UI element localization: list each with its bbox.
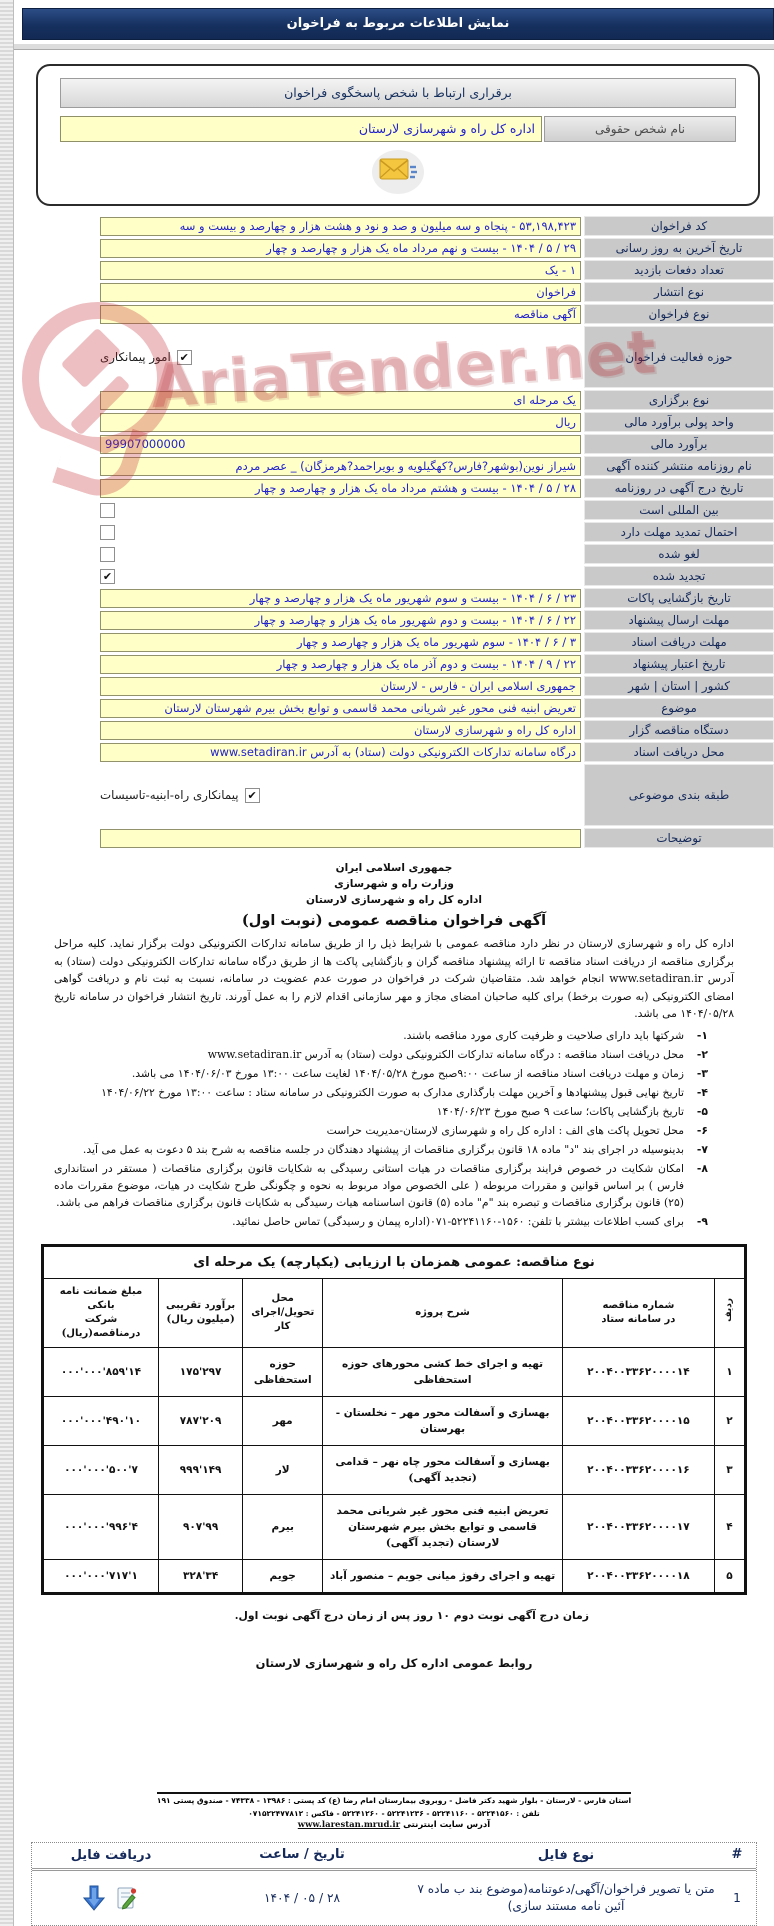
tender-estimate: ۳۴'۳۲۸ bbox=[158, 1559, 242, 1593]
doc-heading-ministry: وزارت راه و شهرسازی bbox=[14, 876, 774, 892]
doc-list-item: ۳-زمان و مهلت دریافت اسناد مناقصه از ساع… bbox=[54, 1065, 708, 1082]
row-value-field: ۲۳ / ۶ / ۱۴۰۴ - بیست و سوم شهریور ماه یک… bbox=[100, 589, 581, 608]
row-content: یک مرحله ای bbox=[14, 390, 581, 410]
tender-desc: بهسازی و آسفالت محور چاه نهر – قدامی (تج… bbox=[323, 1445, 563, 1494]
doc-item-number: ۵- bbox=[684, 1103, 708, 1120]
attachments-table: # نوع فایل تاریخ / ساعت دریافت فایل 1 مت… bbox=[31, 1842, 757, 1926]
row-label: تعداد دفعات بازدید bbox=[584, 260, 774, 280]
info-row: محل دریافت اسناددرگاه سامانه تدارکات الک… bbox=[14, 742, 774, 762]
row-label: تاریخ آخرین به روز رسانی bbox=[584, 238, 774, 258]
page: نمایش اطلاعات مربوط به فراخوان برقراری ا… bbox=[14, 8, 774, 1926]
tender-id: ۲۰۰۴۰۰۳۳۶۲۰۰۰۰۱۵ bbox=[563, 1396, 715, 1445]
info-row: تجدید شده bbox=[14, 566, 774, 586]
doc-heading-office: اداره کل راه و شهرسازی لارستان bbox=[14, 892, 774, 908]
tender-col-header: مبلغ ضمانت نامه بانکی شرکت درمناقصه(ریال… bbox=[43, 1278, 159, 1347]
tender-desc: تهیه و اجرای رفوژ میانی جویم – منصور آبا… bbox=[323, 1559, 563, 1593]
doc-heading-country: جمهوری اسلامی ایران bbox=[14, 860, 774, 876]
tender-table-title: نوع مناقصه: عمومی همزمان با ارزیابی (یکپ… bbox=[43, 1245, 746, 1278]
tender-id: ۲۰۰۴۰۰۳۳۶۲۰۰۰۰۱۸ bbox=[563, 1559, 715, 1593]
doc-item-text: شرکتها باید دارای صلاحیت و ظرفیت کاری مو… bbox=[403, 1027, 684, 1044]
row-value-field: ۳ / ۶ / ۱۴۰۴ - سوم شهریور ماه یک هزار و … bbox=[100, 633, 581, 652]
row-label: واحد پولی برآورد مالی bbox=[584, 412, 774, 432]
row-value-field: درگاه سامانه تدارکات الکترونیکی دولت (ست… bbox=[100, 743, 581, 762]
doc-item-text: امکان شکایت در خصوص فرایند برگزاری مناقص… bbox=[54, 1160, 684, 1211]
legal-name-label: نام شخص حقوقی bbox=[544, 116, 736, 142]
doc-list-item: ۹-برای کسب اطلاعات بیشتر با تلفن: ۱۵۶۰-۵… bbox=[54, 1213, 708, 1230]
row-value-field: شیراز نوین(بوشهر?فارس?کهگیلویه و بویراحم… bbox=[100, 457, 581, 476]
row-content: درگاه سامانه تدارکات الکترونیکی دولت (ست… bbox=[14, 742, 581, 762]
doc-item-text: بدینوسیله در اجرای بند "د" ماده ۱۸ قانون… bbox=[83, 1141, 684, 1158]
row-label: مهلت دریافت اسناد bbox=[584, 632, 774, 652]
doc-list-item: ۲-محل دریافت اسناد مناقصه : درگاه سامانه… bbox=[54, 1046, 708, 1063]
row-content: شیراز نوین(بوشهر?فارس?کهگیلویه و بویراحم… bbox=[14, 456, 581, 476]
tender-guarantee: ۱'۷۱۷'۰۰۰'۰۰۰ bbox=[43, 1559, 159, 1593]
row-content: پیمانکاری راه-ابنیه-تاسیسات bbox=[14, 764, 581, 826]
tender-place: بیرم bbox=[243, 1494, 323, 1559]
row-value-field: فراخوان bbox=[100, 283, 581, 302]
row-content: 99907000000 bbox=[14, 434, 581, 454]
row-label: کشور | استان | شهر bbox=[584, 676, 774, 696]
tender-place: لار bbox=[243, 1445, 323, 1494]
tender-id: ۲۰۰۴۰۰۳۳۶۲۰۰۰۰۱۴ bbox=[563, 1347, 715, 1396]
legal-name-value: اداره کل راه و شهرسازی لارستان bbox=[60, 116, 542, 142]
tender-estimate: ۱۴۹'۹۹۹ bbox=[158, 1445, 242, 1494]
row-label: نام روزنامه منتشر کننده آگهی bbox=[584, 456, 774, 476]
doc-list-item: ۵-تاریخ بازگشایی پاکات؛ ساعت ۹ صبح مورخ … bbox=[54, 1103, 708, 1120]
doc-item-number: ۶- bbox=[684, 1122, 708, 1139]
row-content: فراخوان bbox=[14, 282, 581, 302]
row-label: نوع انتشار bbox=[584, 282, 774, 302]
attachment-filetype: متن یا تصویر فراخوان/آگهی/دعوتنامه(موضوع… bbox=[414, 1879, 718, 1917]
attachment-index: 1 bbox=[718, 1889, 756, 1907]
info-row: کد فراخوان۵۳,۱۹۸,۴۲۳ - پنجاه و سه میلیون… bbox=[14, 216, 774, 236]
info-row: تاریخ درج آگهی در روزنامه۲۸ / ۵ / ۱۴۰۴ -… bbox=[14, 478, 774, 498]
row-content: ریال bbox=[14, 412, 581, 432]
row-content: ۲۲ / ۶ / ۱۴۰۴ - بیست و دوم شهریور ماه یک… bbox=[14, 610, 581, 630]
checkbox-checked-icon[interactable] bbox=[100, 569, 115, 584]
contact-box-header: برقراری ارتباط با شخص پاسخگوی فراخوان bbox=[60, 78, 736, 108]
tender-desc: تهیه و اجرای خط کشی محورهای حوزه استحفاظ… bbox=[323, 1347, 563, 1396]
checkbox-unchecked-icon[interactable] bbox=[100, 547, 115, 562]
row-content bbox=[14, 500, 581, 520]
tender-col-header: ردیف bbox=[714, 1278, 745, 1347]
info-row: مهلت دریافت اسناد۳ / ۶ / ۱۴۰۴ - سوم شهری… bbox=[14, 632, 774, 652]
attach-header-download: دریافت فایل bbox=[32, 1843, 190, 1868]
tender-table-wrap: نوع مناقصه: عمومی همزمان با ارزیابی (یکپ… bbox=[41, 1244, 747, 1595]
doc-list-item: ۷-بدینوسیله در اجرای بند "د" ماده ۱۸ قان… bbox=[54, 1141, 708, 1158]
row-content bbox=[14, 522, 581, 542]
row-label: موضوع bbox=[584, 698, 774, 718]
doc-signature: روابط عمومی اداره کل راه و شهرسازی لارست… bbox=[14, 1656, 774, 1670]
row-value-field: اداره کل راه و شهرسازی لارستان bbox=[100, 721, 581, 740]
row-label: نوع فراخوان bbox=[584, 304, 774, 324]
page-title: نمایش اطلاعات مربوط به فراخوان bbox=[22, 8, 774, 40]
doc-intro-paragraph: اداره کل راه و شهرسازی لارستان در نظر دا… bbox=[54, 935, 734, 1023]
second-publication-note: زمان درج آگهی نوبت دوم ۱۰ روز پس از زمان… bbox=[14, 1609, 589, 1622]
attachments-header-row: # نوع فایل تاریخ / ساعت دریافت فایل bbox=[32, 1843, 756, 1871]
tender-row-no: ۴ bbox=[714, 1494, 745, 1559]
info-row: تاریخ اعتبار پیشنهاد۲۲ / ۹ / ۱۴۰۴ - بیست… bbox=[14, 654, 774, 674]
info-row: دستگاه مناقصه گزاراداره کل راه و شهرسازی… bbox=[14, 720, 774, 740]
row-value-field: آگهی مناقصه bbox=[100, 305, 581, 324]
tender-col-header: برآورد تقریبی (میلیون ریال) bbox=[158, 1278, 242, 1347]
office-footer: استان فارس - لارستان - بلوار شهید دکتر ف… bbox=[14, 1788, 774, 1830]
info-row: نوع انتشارفراخوان bbox=[14, 282, 774, 302]
tender-row-no: ۳ bbox=[714, 1445, 745, 1494]
checkbox-label: امور پیمانکاری bbox=[100, 350, 171, 364]
tender-guarantee: ۱۴'۸۵۹'۰۰۰'۰۰۰ bbox=[43, 1347, 159, 1396]
announcement-document: جمهوری اسلامی ایران وزارت راه و شهرسازی … bbox=[14, 860, 774, 1670]
row-label: تاریخ بازگشایی پاکات bbox=[584, 588, 774, 608]
tender-row-no: ۵ bbox=[714, 1559, 745, 1593]
info-row: بین المللی است bbox=[14, 500, 774, 520]
tender-desc: بهسازی و آسفالت محور مهر – نخلستان - بهر… bbox=[323, 1396, 563, 1445]
info-row: لغو شده bbox=[14, 544, 774, 564]
doc-items-list: ۱-شرکتها باید دارای صلاحیت و ظرفیت کاری … bbox=[54, 1027, 708, 1230]
attach-header-index: # bbox=[718, 1843, 756, 1868]
tender-guarantee: ۷'۵۰۰'۰۰۰'۰۰۰ bbox=[43, 1445, 159, 1494]
row-value-field bbox=[100, 829, 581, 848]
row-label: احتمال تمدید مهلت دارد bbox=[584, 522, 774, 542]
row-content: ۵۳,۱۹۸,۴۲۳ - پنجاه و سه میلیون و صد و نو… bbox=[14, 216, 581, 236]
row-label: حوزه فعالیت فراخوان bbox=[584, 326, 774, 388]
doc-item-text: زمان و مهلت دریافت اسناد مناقصه از ساعت … bbox=[132, 1065, 684, 1082]
doc-item-number: ۷- bbox=[684, 1141, 708, 1158]
doc-item-text: تاریخ بازگشایی پاکات؛ ساعت ۹ صبح مورخ ۱۴… bbox=[437, 1103, 684, 1120]
tender-estimate: ۹۹'۹۰۷ bbox=[158, 1494, 242, 1559]
tender-estimate: ۲۰۹'۷۸۷ bbox=[158, 1396, 242, 1445]
tender-place: مهر bbox=[243, 1396, 323, 1445]
row-value-field: یک مرحله ای bbox=[100, 391, 581, 410]
attach-header-datetime: تاریخ / ساعت bbox=[190, 1843, 414, 1868]
row-content: ۲۳ / ۶ / ۱۴۰۴ - بیست و سوم شهریور ماه یک… bbox=[14, 588, 581, 608]
tender-col-header: شرح پروژه bbox=[323, 1278, 563, 1347]
row-content: امور پیمانکاری bbox=[14, 326, 581, 388]
footer-address: استان فارس - لارستان - بلوار شهید دکتر ف… bbox=[157, 1792, 631, 1805]
row-content bbox=[14, 828, 581, 848]
attachment-row: 1 متن یا تصویر فراخوان/آگهی/دعوتنامه(موض… bbox=[32, 1871, 756, 1925]
row-content: ۲۹ / ۵ / ۱۴۰۴ - بیست و نهم مرداد ماه یک … bbox=[14, 238, 581, 258]
doc-item-number: ۸- bbox=[684, 1160, 708, 1211]
tender-desc: تعریض ابنیه فنی محور غیر شریانی محمد قاس… bbox=[323, 1494, 563, 1559]
row-value-field: ۵۳,۱۹۸,۴۲۳ - پنجاه و سه میلیون و صد و نو… bbox=[100, 217, 581, 236]
tender-col-header: محل تحویل/اجرای کار bbox=[243, 1278, 323, 1347]
row-value-field: ۱ - یک bbox=[100, 261, 581, 280]
doc-item-text: محل تحویل پاکت های الف : اداره کل راه و … bbox=[327, 1122, 684, 1139]
row-value-field: ۲۹ / ۵ / ۱۴۰۴ - بیست و نهم مرداد ماه یک … bbox=[100, 239, 581, 258]
info-row: موضوعتعریض ابنیه فنی محور غیر شریانی محم… bbox=[14, 698, 774, 718]
info-row: نام روزنامه منتشر کننده آگهیشیراز نوین(ب… bbox=[14, 456, 774, 476]
doc-item-number: ۹- bbox=[684, 1213, 708, 1230]
checkbox-label: پیمانکاری راه-ابنیه-تاسیسات bbox=[100, 788, 239, 802]
tender-guarantee: ۱۰'۴۹۰'۰۰۰'۰۰۰ bbox=[43, 1396, 159, 1445]
info-row: توضیحات bbox=[14, 828, 774, 848]
row-label: مهلت ارسال پیشنهاد bbox=[584, 610, 774, 630]
row-content bbox=[14, 566, 581, 586]
info-row: برآورد مالی99907000000 bbox=[14, 434, 774, 454]
attach-header-filetype: نوع فایل bbox=[414, 1843, 718, 1868]
row-label: طبقه بندی موضوعی bbox=[584, 764, 774, 826]
tender-id: ۲۰۰۴۰۰۳۳۶۲۰۰۰۰۱۶ bbox=[563, 1445, 715, 1494]
info-row: تاریخ آخرین به روز رسانی۲۹ / ۵ / ۱۴۰۴ - … bbox=[14, 238, 774, 258]
row-content: تعریض ابنیه فنی محور غیر شریانی محمد قاس… bbox=[14, 698, 581, 718]
doc-item-text: محل دریافت اسناد مناقصه : درگاه سامانه ت… bbox=[208, 1046, 684, 1063]
doc-list-item: ۶-محل تحویل پاکت های الف : اداره کل راه … bbox=[54, 1122, 708, 1139]
row-content: اداره کل راه و شهرسازی لارستان bbox=[14, 720, 581, 740]
row-content: جمهوری اسلامی ایران - فارس - لارستان bbox=[14, 676, 581, 696]
view-file-icon[interactable] bbox=[115, 1886, 139, 1910]
info-row: طبقه بندی موضوعیپیمانکاری راه-ابنیه-تاسی… bbox=[14, 764, 774, 826]
checkbox-unchecked-icon[interactable] bbox=[100, 503, 115, 518]
doc-title: آگهی فراخوان مناقصه عمومی (نوبت اول) bbox=[14, 912, 774, 929]
attachment-datetime: ۲۸ / ۰۵ / ۱۴۰۴ bbox=[190, 1889, 414, 1907]
tender-place: حوزه استحفاظی bbox=[243, 1347, 323, 1396]
row-label: دستگاه مناقصه گزار bbox=[584, 720, 774, 740]
checkbox-checked-icon[interactable] bbox=[245, 788, 260, 803]
row-label: تاریخ درج آگهی در روزنامه bbox=[584, 478, 774, 498]
footer-phones: تلفن : ۵۲۲۴۱۵۶۰ - ۵۲۲۴۱۱۶۰ - ۵۲۲۴۱۲۳۶ - … bbox=[14, 1809, 774, 1818]
tender-row-no: ۲ bbox=[714, 1396, 745, 1445]
row-value-field: ۲۸ / ۵ / ۱۴۰۴ - بیست و هشتم مرداد ماه یک… bbox=[100, 479, 581, 498]
tender-row: ۳۲۰۰۴۰۰۳۳۶۲۰۰۰۰۱۶بهسازی و آسفالت محور چا… bbox=[43, 1445, 746, 1494]
info-row: نوع فراخوانآگهی مناقصه bbox=[14, 304, 774, 324]
row-content bbox=[14, 544, 581, 564]
info-row: کشور | استان | شهرجمهوری اسلامی ایران - … bbox=[14, 676, 774, 696]
info-row: نوع برگزارییک مرحله ای bbox=[14, 390, 774, 410]
row-value-field: تعریض ابنیه فنی محور غیر شریانی محمد قاس… bbox=[100, 699, 581, 718]
envelope-icon bbox=[378, 155, 418, 189]
row-content: ۲۸ / ۵ / ۱۴۰۴ - بیست و هشتم مرداد ماه یک… bbox=[14, 478, 581, 498]
doc-item-text: تاریخ نهایی قبول پیشنهادها و آخرین مهلت … bbox=[101, 1084, 684, 1101]
contact-box: برقراری ارتباط با شخص پاسخگوی فراخوان نا… bbox=[36, 64, 760, 206]
row-value-field: ۲۲ / ۶ / ۱۴۰۴ - بیست و دوم شهریور ماه یک… bbox=[100, 611, 581, 630]
info-row: مهلت ارسال پیشنهاد۲۲ / ۶ / ۱۴۰۴ - بیست و… bbox=[14, 610, 774, 630]
row-label: برآورد مالی bbox=[584, 434, 774, 454]
divider bbox=[14, 43, 774, 50]
info-row: حوزه فعالیت فراخوانامور پیمانکاری bbox=[14, 326, 774, 388]
doc-item-number: ۴- bbox=[684, 1084, 708, 1101]
doc-list-item: ۴-تاریخ نهایی قبول پیشنهادها و آخرین مهل… bbox=[54, 1084, 708, 1101]
row-label: تجدید شده bbox=[584, 566, 774, 586]
tender-guarantee: ۴'۹۹۶'۰۰۰'۰۰۰ bbox=[43, 1494, 159, 1559]
doc-item-number: ۳- bbox=[684, 1065, 708, 1082]
row-content: آگهی مناقصه bbox=[14, 304, 581, 324]
tender-id: ۲۰۰۴۰۰۳۳۶۲۰۰۰۰۱۷ bbox=[563, 1494, 715, 1559]
doc-item-text: برای کسب اطلاعات بیشتر با تلفن: ۱۵۶۰-۵۲۲… bbox=[232, 1213, 684, 1230]
row-value-field: جمهوری اسلامی ایران - فارس - لارستان bbox=[100, 677, 581, 696]
info-row: تعداد دفعات بازدید۱ - یک bbox=[14, 260, 774, 280]
page-edge-scroll-strip[interactable] bbox=[0, 0, 14, 1926]
row-label: نوع برگزاری bbox=[584, 390, 774, 410]
row-content: ۲۲ / ۹ / ۱۴۰۴ - بیست و دوم آذر ماه یک هز… bbox=[14, 654, 581, 674]
tender-col-header: شماره مناقصه در سامانه ستاد bbox=[563, 1278, 715, 1347]
footer-website-line: آدرس سایت اینترنتی www.larestan.mrud.ir bbox=[14, 1820, 774, 1830]
tender-place: جویم bbox=[243, 1559, 323, 1593]
tender-row: ۴۲۰۰۴۰۰۳۳۶۲۰۰۰۰۱۷تعریض ابنیه فنی محور غی… bbox=[43, 1494, 746, 1559]
footer-website-label: آدرس سایت اینترنتی bbox=[403, 1820, 490, 1830]
row-content: ۱ - یک bbox=[14, 260, 581, 280]
tender-row: ۵۲۰۰۴۰۰۳۳۶۲۰۰۰۰۱۸تهیه و اجرای رفوژ میانی… bbox=[43, 1559, 746, 1593]
checkbox-checked-icon[interactable] bbox=[177, 350, 192, 365]
info-row: واحد پولی برآورد مالیریال bbox=[14, 412, 774, 432]
row-value-field: ریال bbox=[100, 413, 581, 432]
row-label: کد فراخوان bbox=[584, 216, 774, 236]
row-content: ۳ / ۶ / ۱۴۰۴ - سوم شهریور ماه یک هزار و … bbox=[14, 632, 581, 652]
tender-table: نوع مناقصه: عمومی همزمان با ارزیابی (یکپ… bbox=[41, 1244, 747, 1595]
doc-item-number: ۲- bbox=[684, 1046, 708, 1063]
doc-list-item: ۸-امکان شکایت در خصوص فرایند برگزاری منا… bbox=[54, 1160, 708, 1211]
tender-row-no: ۱ bbox=[714, 1347, 745, 1396]
doc-item-number: ۱- bbox=[684, 1027, 708, 1044]
info-row: احتمال تمدید مهلت دارد bbox=[14, 522, 774, 542]
row-label: محل دریافت اسناد bbox=[584, 742, 774, 762]
row-value-field: 99907000000 bbox=[100, 435, 581, 454]
send-email-button[interactable] bbox=[372, 150, 424, 194]
row-label: تاریخ اعتبار پیشنهاد bbox=[584, 654, 774, 674]
row-label: توضیحات bbox=[584, 828, 774, 848]
row-label: بین المللی است bbox=[584, 500, 774, 520]
download-file-icon[interactable] bbox=[83, 1885, 105, 1911]
tender-estimate: ۲۹۷'۱۷۵ bbox=[158, 1347, 242, 1396]
info-table: کد فراخوان۵۳,۱۹۸,۴۲۳ - پنجاه و سه میلیون… bbox=[14, 216, 774, 848]
footer-website-link[interactable]: www.larestan.mrud.ir bbox=[298, 1820, 400, 1830]
checkbox-unchecked-icon[interactable] bbox=[100, 525, 115, 540]
tender-row: ۲۲۰۰۴۰۰۳۳۶۲۰۰۰۰۱۵بهسازی و آسفالت محور مه… bbox=[43, 1396, 746, 1445]
tender-row: ۱۲۰۰۴۰۰۳۳۶۲۰۰۰۰۱۴تهیه و اجرای خط کشی محو… bbox=[43, 1347, 746, 1396]
info-row: تاریخ بازگشایی پاکات۲۳ / ۶ / ۱۴۰۴ - بیست… bbox=[14, 588, 774, 608]
row-value-field: ۲۲ / ۹ / ۱۴۰۴ - بیست و دوم آذر ماه یک هز… bbox=[100, 655, 581, 674]
row-label: لغو شده bbox=[584, 544, 774, 564]
doc-list-item: ۱-شرکتها باید دارای صلاحیت و ظرفیت کاری … bbox=[54, 1027, 708, 1044]
